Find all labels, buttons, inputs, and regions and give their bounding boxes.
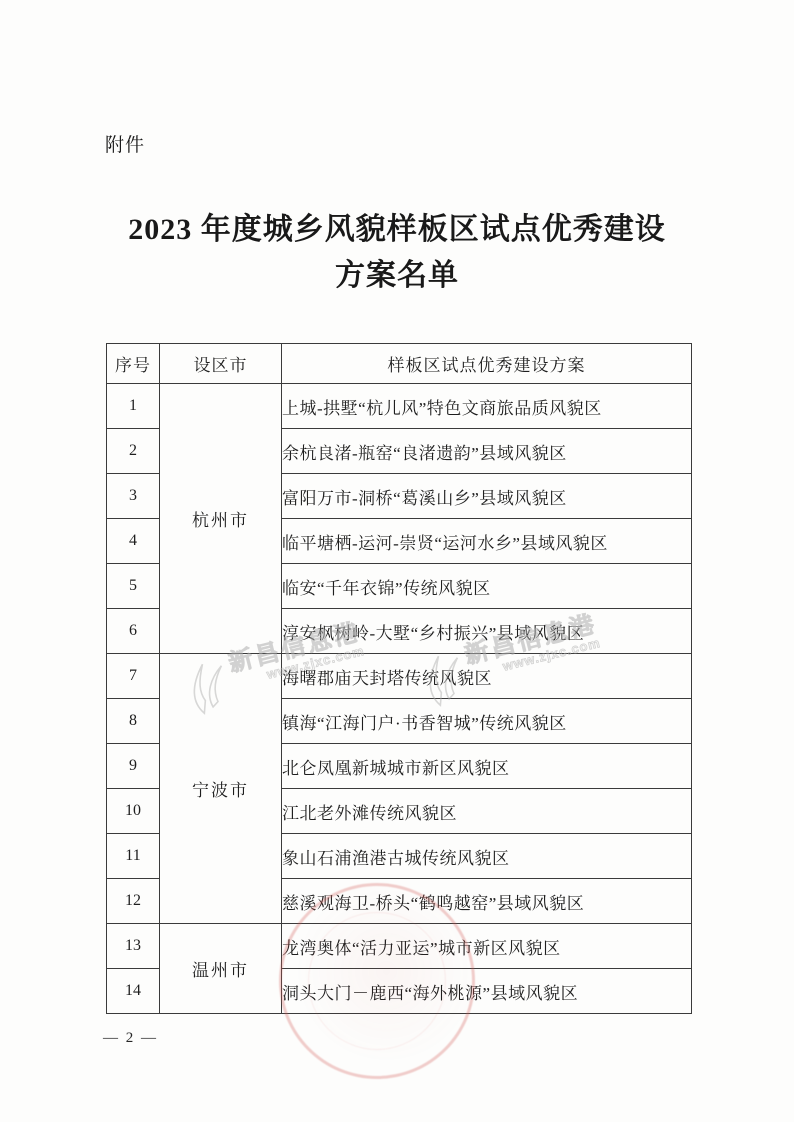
- serial-number-cell: 6: [107, 609, 160, 654]
- plan-cell: 慈溪观海卫-桥头“鹤鸣越窑”县域风貌区: [282, 879, 692, 924]
- serial-number-cell: 7: [107, 654, 160, 699]
- header-plan: 样板区试点优秀建设方案: [282, 344, 692, 384]
- header-city: 设区市: [160, 344, 282, 384]
- serial-number-cell: 4: [107, 519, 160, 564]
- plan-cell: 临安“千年衣锦”传统风貌区: [282, 564, 692, 609]
- table-row: 13温州市龙湾奥体“活力亚运”城市新区风貌区: [107, 924, 692, 969]
- plan-cell: 象山石浦渔港古城传统风貌区: [282, 834, 692, 879]
- plan-cell: 淳安枫树岭-大墅“乡村振兴”县域风貌区: [282, 609, 692, 654]
- plan-cell: 北仑凤凰新城城市新区风貌区: [282, 744, 692, 789]
- serial-number-cell: 1: [107, 384, 160, 429]
- plan-cell: 临平塘栖-运河-崇贤“运河水乡”县域风貌区: [282, 519, 692, 564]
- header-serial-number: 序号: [107, 344, 160, 384]
- table-row: 1杭州市上城-拱墅“杭儿风”特色文商旅品质风貌区: [107, 384, 692, 429]
- plan-cell: 富阳万市-洞桥“葛溪山乡”县域风貌区: [282, 474, 692, 519]
- document-page: 附件 2023 年度城乡风貌样板区试点优秀建设 方案名单 序号 设区市 样板区试…: [0, 0, 794, 1122]
- city-cell: 杭州市: [160, 384, 282, 654]
- plan-cell: 江北老外滩传统风貌区: [282, 789, 692, 834]
- serial-number-cell: 3: [107, 474, 160, 519]
- title-line-1: 2023 年度城乡风貌样板区试点优秀建设: [0, 207, 794, 253]
- city-cell: 温州市: [160, 924, 282, 1014]
- serial-number-cell: 12: [107, 879, 160, 924]
- plan-cell: 海曙郡庙天封塔传统风貌区: [282, 654, 692, 699]
- plans-table: 序号 设区市 样板区试点优秀建设方案 1杭州市上城-拱墅“杭儿风”特色文商旅品质…: [106, 343, 692, 1014]
- page-number: — 2 —: [103, 1030, 158, 1047]
- table-row: 7宁波市海曙郡庙天封塔传统风貌区: [107, 654, 692, 699]
- serial-number-cell: 9: [107, 744, 160, 789]
- attachment-label: 附件: [105, 130, 145, 157]
- plan-cell: 上城-拱墅“杭儿风”特色文商旅品质风貌区: [282, 384, 692, 429]
- document-title: 2023 年度城乡风貌样板区试点优秀建设 方案名单: [0, 207, 794, 299]
- serial-number-cell: 11: [107, 834, 160, 879]
- serial-number-cell: 5: [107, 564, 160, 609]
- plan-cell: 龙湾奥体“活力亚运”城市新区风貌区: [282, 924, 692, 969]
- plan-cell: 镇海“江海门户·书香智城”传统风貌区: [282, 699, 692, 744]
- table-body: 1杭州市上城-拱墅“杭儿风”特色文商旅品质风貌区2余杭良渚-瓶窑“良渚遗韵”县域…: [107, 384, 692, 1014]
- table-header-row: 序号 设区市 样板区试点优秀建设方案: [107, 344, 692, 384]
- serial-number-cell: 8: [107, 699, 160, 744]
- title-line-2: 方案名单: [0, 253, 794, 299]
- serial-number-cell: 13: [107, 924, 160, 969]
- plan-cell: 余杭良渚-瓶窑“良渚遗韵”县域风貌区: [282, 429, 692, 474]
- plan-cell: 洞头大门－鹿西“海外桃源”县域风貌区: [282, 969, 692, 1014]
- serial-number-cell: 2: [107, 429, 160, 474]
- serial-number-cell: 14: [107, 969, 160, 1014]
- serial-number-cell: 10: [107, 789, 160, 834]
- city-cell: 宁波市: [160, 654, 282, 924]
